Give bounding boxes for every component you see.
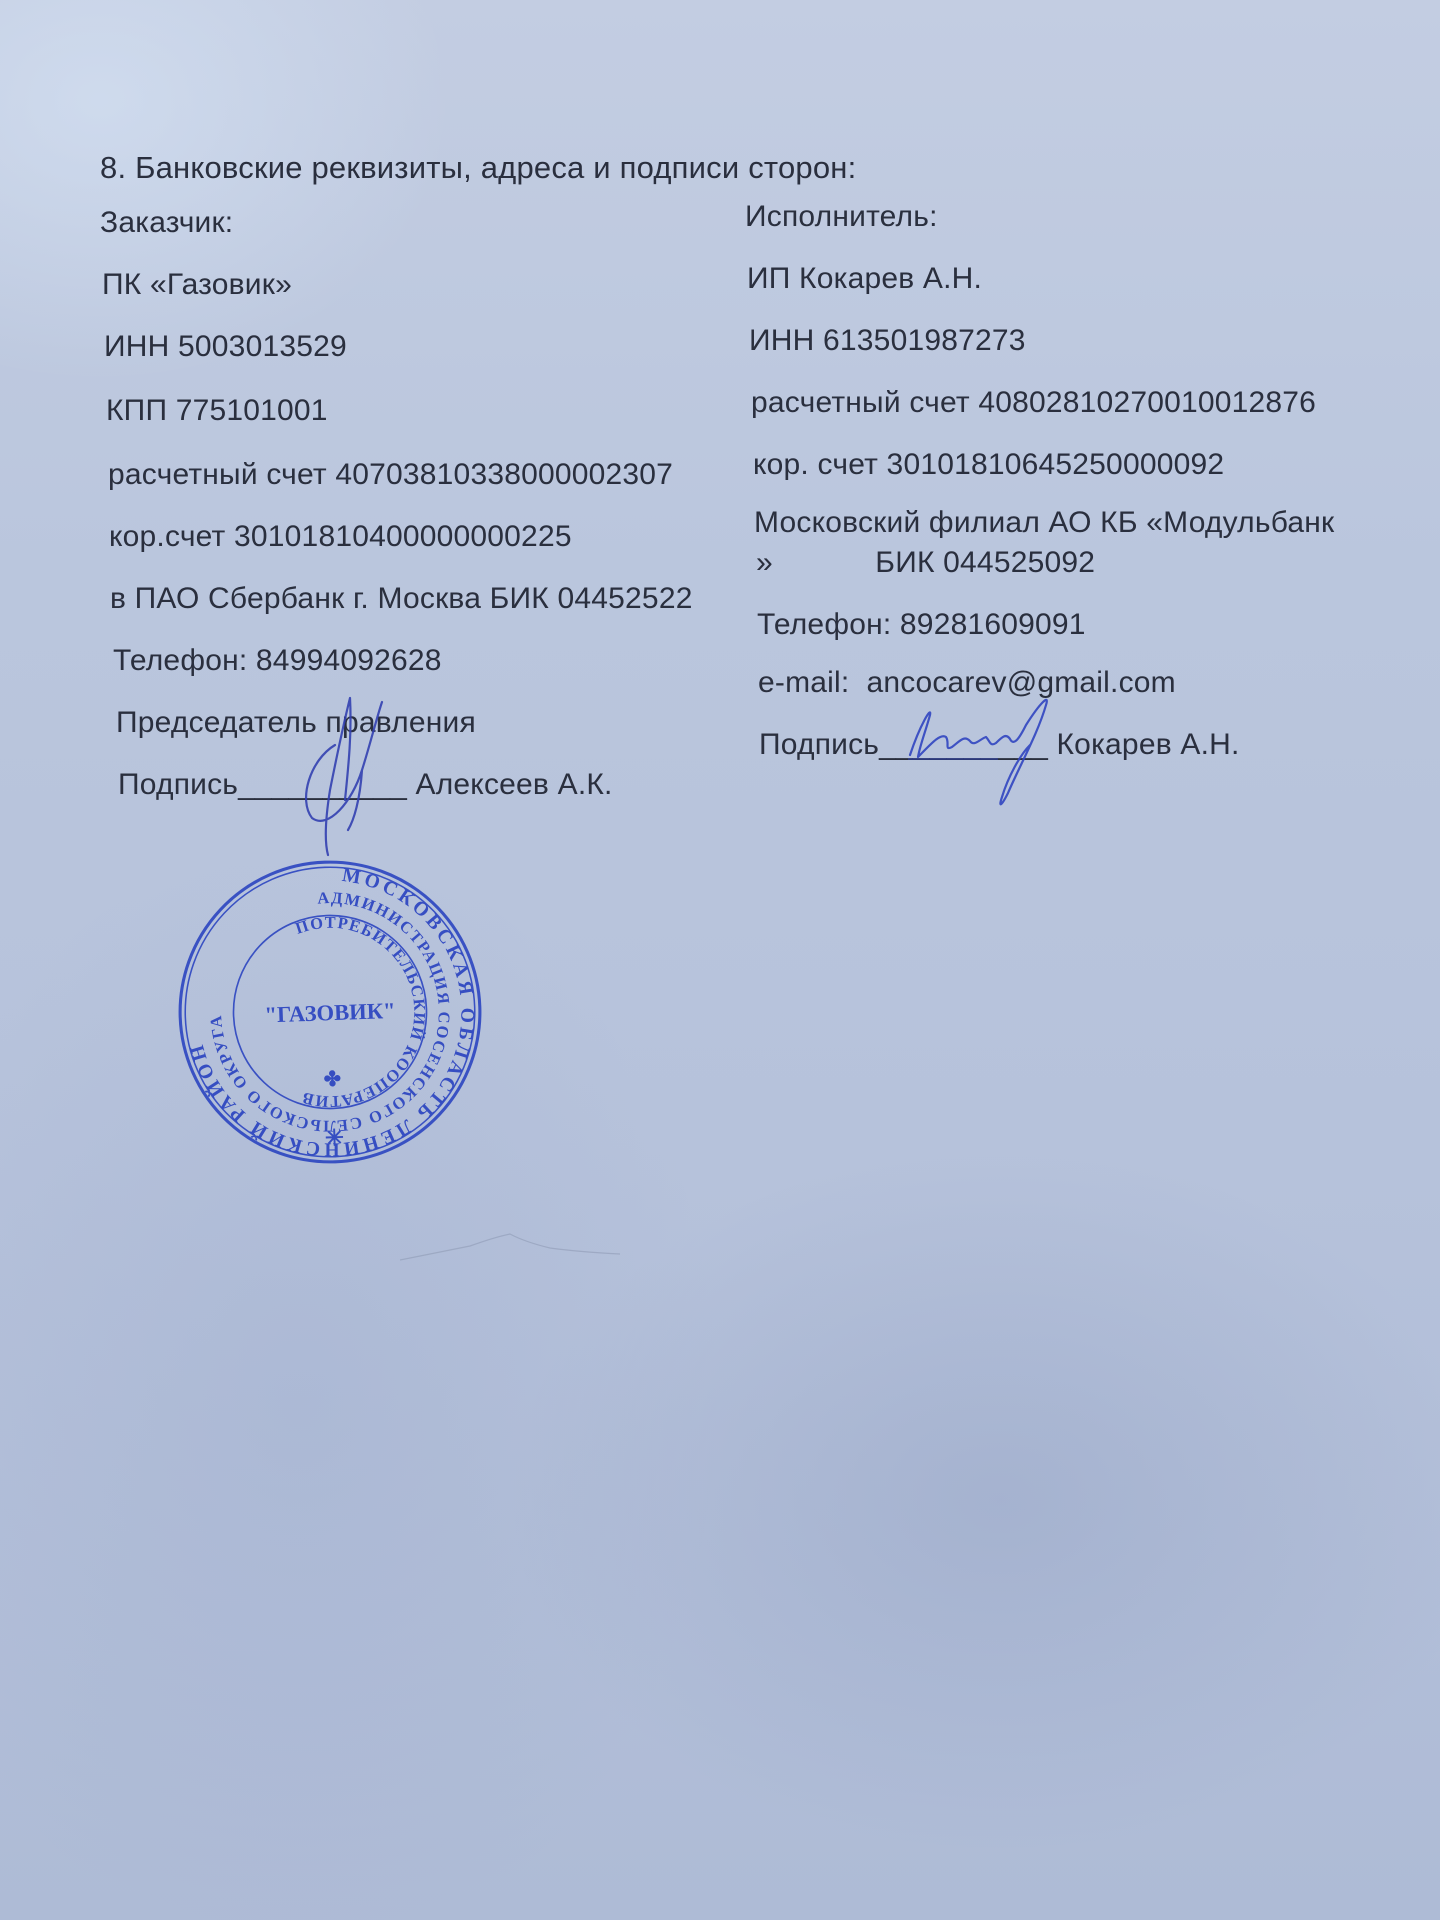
contractor-account: расчетный счет 40802810270010012876: [751, 388, 1316, 418]
customer-bank: в ПАО Сбербанк г. Москва БИК 04452522: [110, 584, 693, 614]
stamp-snowflake-icon: ✳: [325, 1125, 345, 1151]
contractor-signature-line: Подпись__________ Кокарев А.Н.: [759, 730, 1240, 760]
customer-account: расчетный счет 40703810338000002307: [108, 460, 673, 490]
contractor-bank-line2: » БИК 044525092: [756, 548, 1095, 578]
contractor-email: e-mail: ancocarev@gmail.com: [758, 668, 1176, 698]
section-heading: 8. Банковские реквизиты, адреса и подпис…: [100, 152, 856, 183]
contractor-bank-line1: Московский филиал АО КБ «Модульбанк: [754, 508, 1334, 538]
contractor-label: Исполнитель:: [745, 202, 938, 232]
contractor-phone: Телефон: 89281609091: [757, 610, 1086, 640]
customer-position: Председатель правления: [116, 708, 476, 738]
customer-signature-line: Подпись__________ Алексеев А.К.: [118, 770, 613, 800]
stamp-star-icon: ✤: [323, 1069, 342, 1092]
paper-crease: [400, 1232, 620, 1262]
round-stamp: МОСКОВСКАЯ ОБЛАСТЬ ЛЕНИНСКИЙ РАЙОН АДМИН…: [171, 853, 490, 1172]
customer-phone: Телефон: 84994092628: [113, 646, 442, 676]
stamp-center-text: "ГАЗОВИК": [264, 998, 396, 1028]
customer-kpp: КПП 775101001: [106, 396, 328, 426]
contractor-inn: ИНН 613501987273: [749, 326, 1026, 356]
customer-label: Заказчик:: [100, 208, 233, 238]
customer-name: ПК «Газовик»: [102, 270, 292, 300]
customer-inn: ИНН 5003013529: [104, 332, 347, 362]
contractor-corr-account: кор. счет 30101810645250000092: [753, 450, 1224, 480]
customer-corr-account: кор.счет 30101810400000000225: [109, 522, 572, 552]
contractor-name: ИП Кокарев А.Н.: [747, 264, 982, 294]
